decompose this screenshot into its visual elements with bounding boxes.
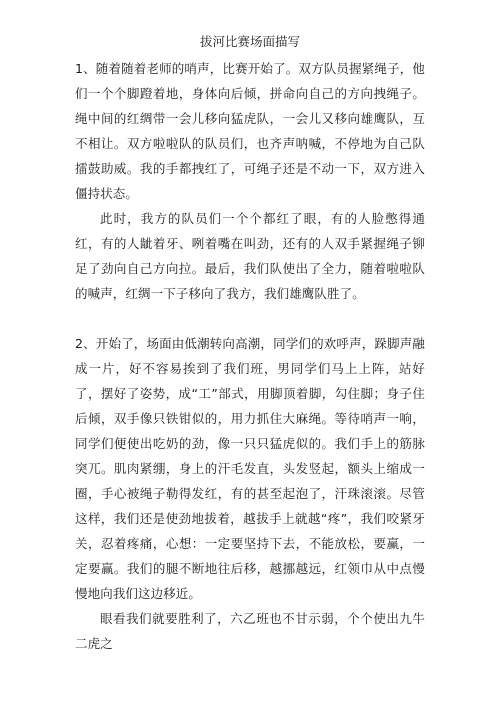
document-title: 拔河比赛场面描写 — [75, 31, 425, 53]
paragraph-2: 此时，我方的队员们一个个都红了眼，有的人脸憋得通红，有的人龇着牙、咧着嘴在叫劲，… — [75, 206, 425, 306]
paragraph-gap — [75, 306, 425, 331]
paragraph-4: 眼看我们就要胜利了，六乙班也不甘示弱，个个使出九牛二虎之 — [75, 606, 425, 656]
document-page: 拔河比赛场面描写 1、随着随着老师的哨声，比赛开始了。双方队员握紧绳子，他们一个… — [75, 31, 425, 656]
paragraph-1: 1、随着随着老师的哨声，比赛开始了。双方队员握紧绳子，他们一个个脚蹬着地，身体向… — [75, 56, 425, 206]
paragraph-3: 2、开始了，场面由低潮转向高潮，同学们的欢呼声，跺脚声融成一片，好不容易挨到了我… — [75, 331, 425, 606]
